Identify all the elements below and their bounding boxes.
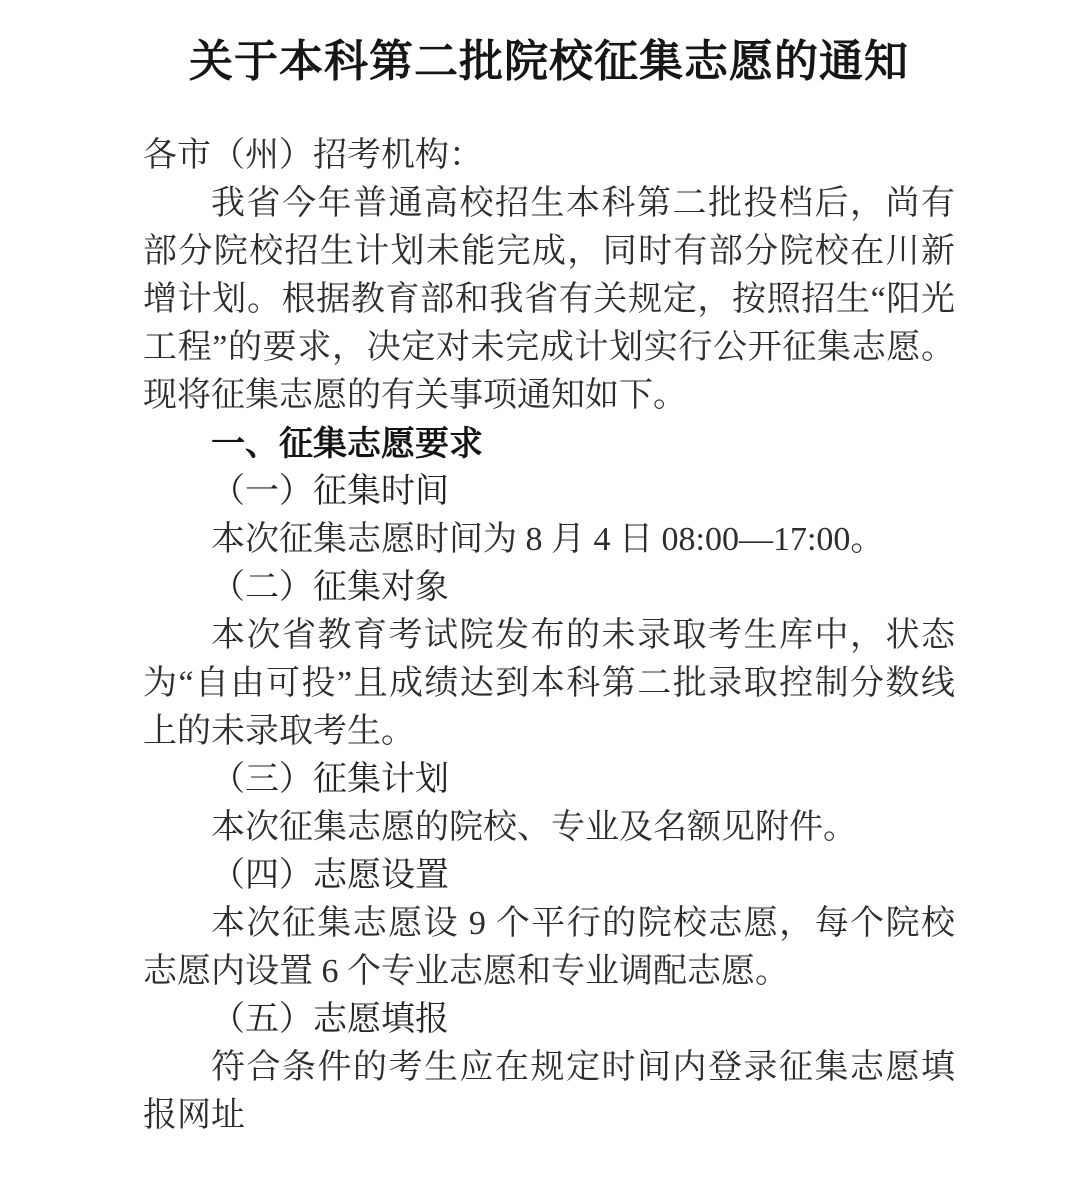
section-1-heading: 一、征集志愿要求 [143, 420, 955, 468]
item-5-body: 符合条件的考生应在规定时间内登录征集志愿填报网址 [143, 1044, 955, 1140]
item-4-heading: （四）志愿设置 [143, 852, 955, 900]
item-3-heading: （三）征集计划 [143, 756, 955, 804]
item-3-body: 本次征集志愿的院校、专业及名额见附件。 [143, 804, 955, 852]
item-5-heading: （五）志愿填报 [143, 996, 955, 1044]
document-title: 关于本科第二批院校征集志愿的通知 [143, 34, 955, 90]
item-1-heading: （一）征集时间 [143, 468, 955, 516]
item-4-body: 本次征集志愿设 9 个平行的院校志愿，每个院校志愿内设置 6 个专业志愿和专业调… [143, 900, 955, 996]
item-2-heading: （二）征集对象 [143, 564, 955, 612]
salutation: 各市（州）招考机构： [143, 132, 955, 180]
document-body: 各市（州）招考机构： 我省今年普通高校招生本科第二批投档后，尚有部分院校招生计划… [143, 132, 955, 1140]
item-1-body: 本次征集志愿时间为 8 月 4 日 08:00—17:00。 [143, 516, 955, 564]
intro-paragraph: 我省今年普通高校招生本科第二批投档后，尚有部分院校招生计划未能完成，同时有部分院… [143, 180, 955, 420]
item-2-body: 本次省教育考试院发布的未录取考生库中，状态为“自由可投”且成绩达到本科第二批录取… [143, 612, 955, 756]
notice-document-page: 关于本科第二批院校征集志愿的通知 各市（州）招考机构： 我省今年普通高校招生本科… [0, 0, 1080, 1177]
